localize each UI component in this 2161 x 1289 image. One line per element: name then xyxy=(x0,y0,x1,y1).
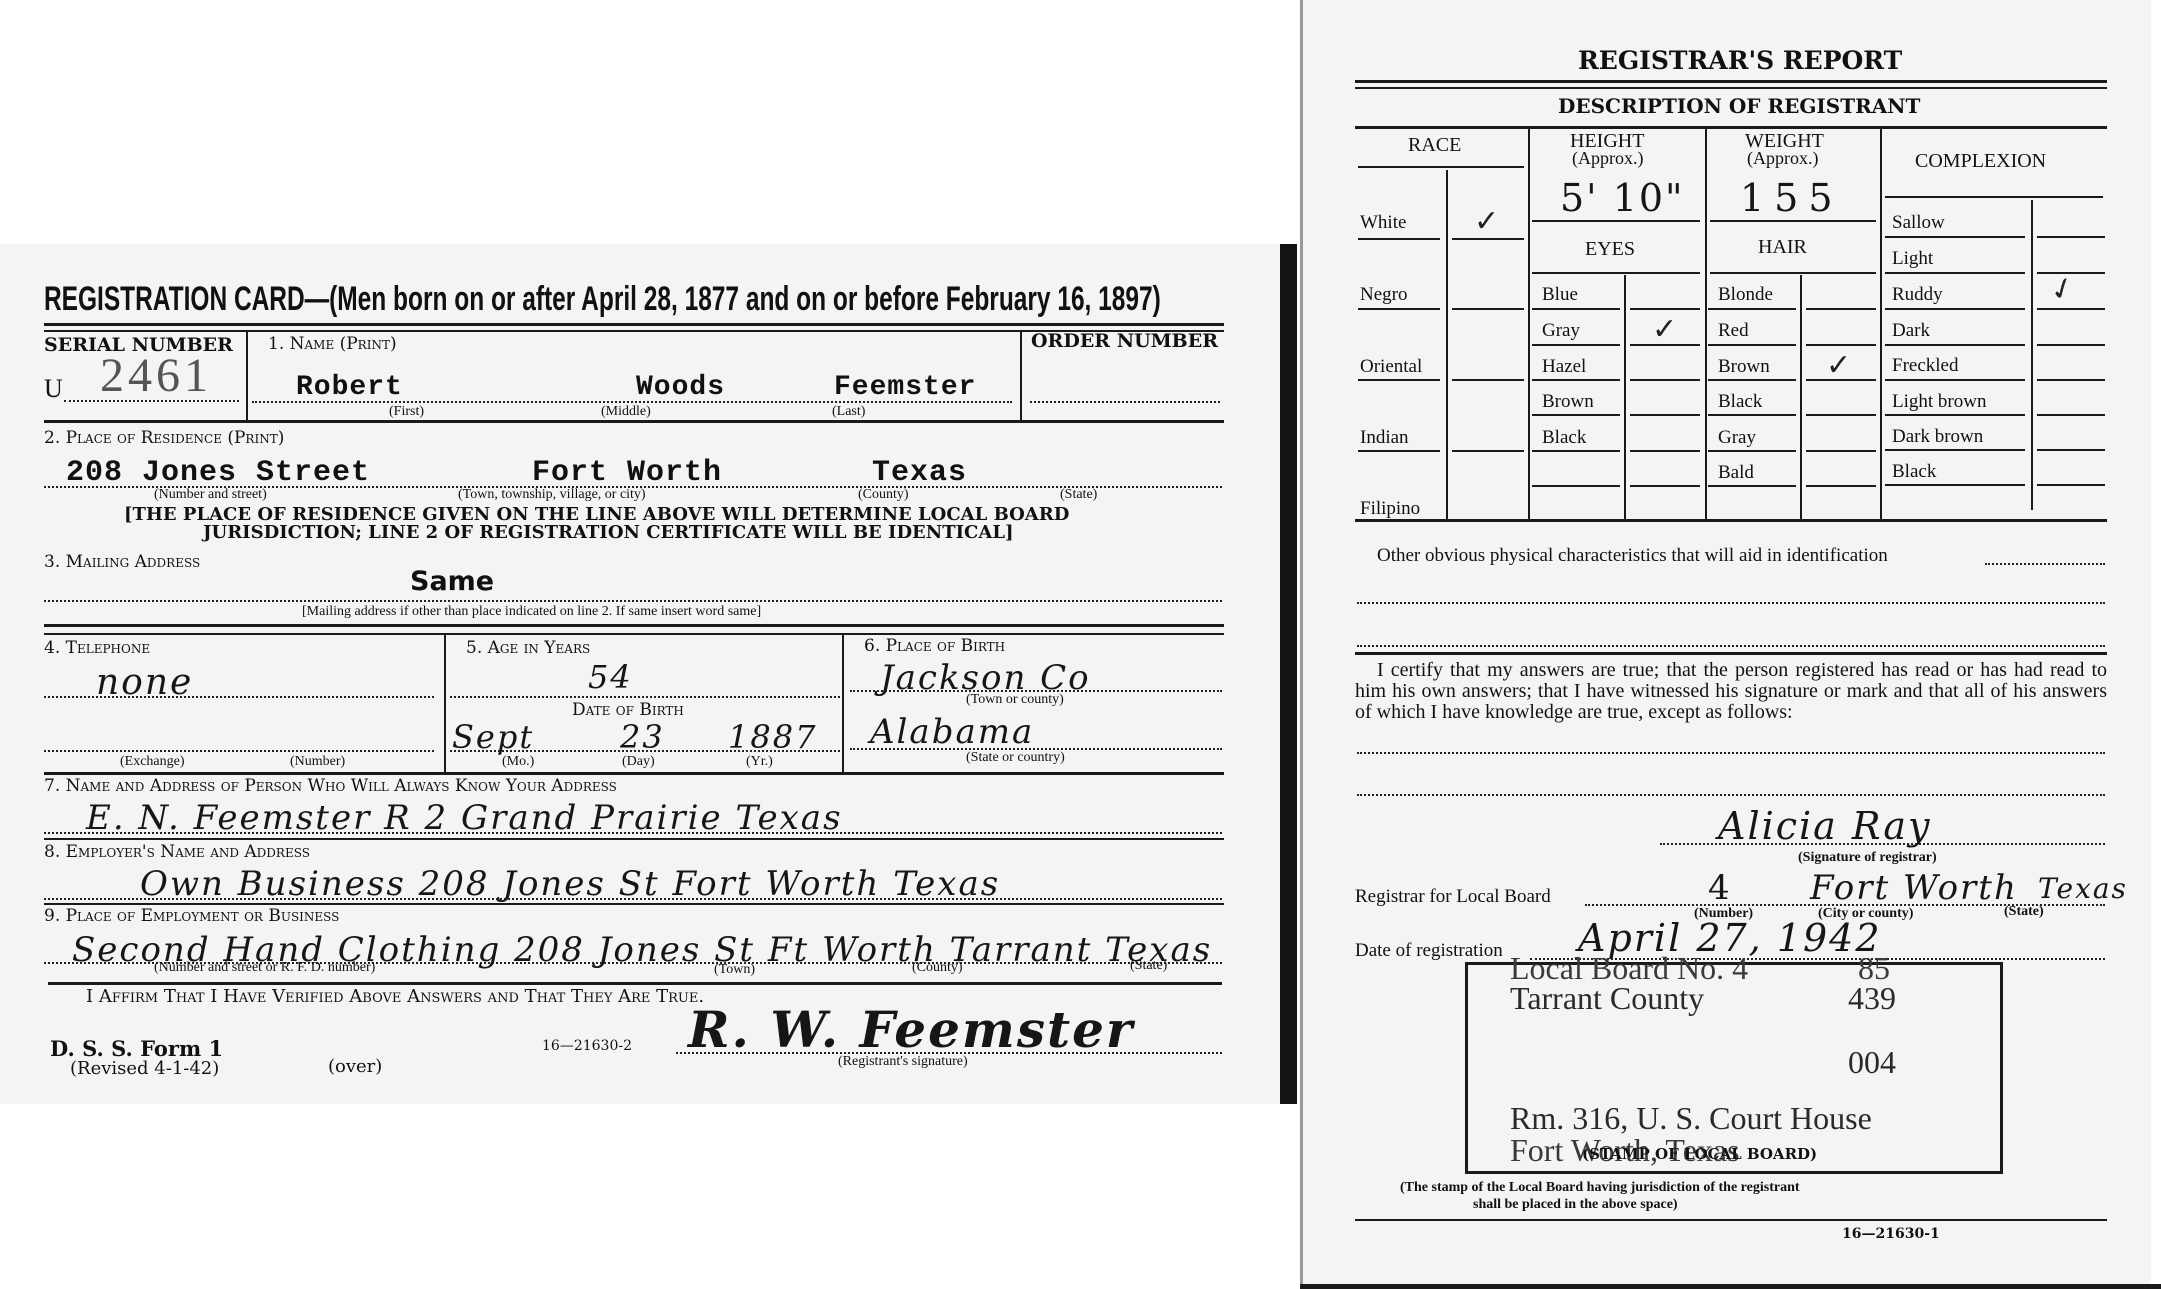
employment-state-caption: (State) xyxy=(1130,958,1167,974)
divider xyxy=(1708,414,1796,416)
middle-caption: (Middle) xyxy=(601,404,651,420)
divider xyxy=(1806,414,1876,416)
hair-brown-check[interactable]: ✓ xyxy=(1826,348,1851,383)
employer-line xyxy=(44,898,1222,900)
over-note: (over) xyxy=(328,1056,382,1077)
complexion-option-ruddy: Ruddy xyxy=(1892,284,1943,306)
last-caption: (Last) xyxy=(832,404,865,420)
divider xyxy=(1885,308,2025,310)
employment-place-label: 9. Place of Employment or Business xyxy=(44,906,339,926)
divider xyxy=(2031,200,2033,510)
eyes-gray-check[interactable]: ✓ xyxy=(1652,312,1677,347)
stamp-note-2: shall be placed in the above space) xyxy=(1473,1197,1678,1213)
jurisdiction-notice-2: JURISDICTION; LINE 2 OF REGISTRATION CER… xyxy=(203,522,1014,543)
stamp-line-2-number: 439 xyxy=(1848,980,1896,1017)
eyes-option-brown: Brown xyxy=(1542,391,1594,413)
other-characteristics-field[interactable] xyxy=(1985,563,2105,565)
first-caption: (First) xyxy=(389,404,424,420)
divider xyxy=(2037,379,2105,381)
divider xyxy=(44,838,1224,840)
divider xyxy=(1355,126,2107,129)
divider xyxy=(44,903,1224,905)
name-first[interactable]: Robert xyxy=(296,372,403,403)
birthplace-state[interactable]: Alabama xyxy=(870,712,1034,752)
age-value[interactable]: 54 xyxy=(588,658,633,696)
divider xyxy=(1624,275,1626,520)
contact-person-label: 7. Name and Address of Person Who Will A… xyxy=(44,776,617,796)
divider xyxy=(1708,344,1796,346)
divider xyxy=(1806,379,1876,381)
report-form-code: 16—21630-1 xyxy=(1842,1226,1940,1242)
local-board-state[interactable]: Texas xyxy=(2038,872,2128,905)
age-line xyxy=(450,696,840,698)
report-title: REGISTRAR'S REPORT xyxy=(1578,46,1902,75)
divider xyxy=(48,982,1222,985)
divider xyxy=(1452,450,1524,452)
age-label: 5. Age in Years xyxy=(466,638,590,658)
divider xyxy=(44,772,1224,775)
other-characteristics-label: Other obvious physical characteristics t… xyxy=(1377,545,1888,567)
race-option-oriental: Oriental xyxy=(1360,356,1422,378)
divider xyxy=(1880,128,1882,520)
certification-text: I certify that my answers are true; that… xyxy=(1355,660,2107,723)
divider xyxy=(1885,196,2103,198)
name-label: 1. Name (Print) xyxy=(268,334,397,354)
divider xyxy=(1358,308,1440,310)
divider xyxy=(1885,414,2025,416)
divider xyxy=(1355,1219,2107,1221)
divider xyxy=(1532,220,1700,222)
divider xyxy=(1358,238,1440,240)
weight-value[interactable]: 155 xyxy=(1740,176,1843,220)
eyes-header: EYES xyxy=(1585,238,1635,261)
exceptions-field[interactable] xyxy=(1357,794,2105,796)
divider xyxy=(1528,128,1530,520)
divider xyxy=(1532,344,1620,346)
divider xyxy=(1452,238,1524,240)
divider xyxy=(1710,220,1876,222)
mailing-address-value[interactable]: Same xyxy=(410,566,494,597)
stamp-caption: (STAMP OF LOCAL BOARD) xyxy=(1582,1145,1817,1163)
complexion-option-dark-brown: Dark brown xyxy=(1892,426,1983,448)
divider xyxy=(1800,275,1802,520)
birthplace-town-caption: (Town or county) xyxy=(966,692,1064,708)
complexion-header: COMPLEXION xyxy=(1915,150,2046,173)
day-caption: (Day) xyxy=(622,754,655,770)
divider xyxy=(1452,379,1524,381)
name-middle[interactable]: Woods xyxy=(636,372,725,403)
race-white-check[interactable]: ✓ xyxy=(1474,204,1499,239)
hair-option-gray: Gray xyxy=(1718,427,1756,449)
divider xyxy=(1355,652,2107,655)
other-characteristics-field[interactable] xyxy=(1357,602,2105,604)
divider xyxy=(1708,379,1796,381)
serial-number-value[interactable]: 2461 xyxy=(100,348,212,403)
state-caption: (State) xyxy=(1060,487,1097,503)
divider xyxy=(44,624,1224,627)
race-option-indian: Indian xyxy=(1360,427,1409,449)
divider xyxy=(2037,236,2105,238)
form-revised: (Revised 4-1-42) xyxy=(70,1058,219,1079)
residence-town[interactable]: Fort Worth xyxy=(532,456,722,490)
divider xyxy=(1708,450,1796,452)
mailing-caption: [Mailing address if other than place ind… xyxy=(302,604,761,620)
telephone-label: 4. Telephone xyxy=(44,638,150,658)
divider xyxy=(246,332,248,422)
complexion-option-light-brown: Light brown xyxy=(1892,391,1986,413)
divider xyxy=(1885,236,2025,238)
race-option-filipino: Filipino xyxy=(1360,498,1420,520)
divider xyxy=(1806,344,1876,346)
card-title: REGISTRATION CARD—(Men born on or after … xyxy=(44,280,1161,319)
card-edge-shadow xyxy=(1280,244,1297,1104)
divider xyxy=(1355,80,2107,83)
race-header: RACE xyxy=(1408,134,1461,157)
number-caption: (Number) xyxy=(290,754,345,770)
residence-street[interactable]: 208 Jones Street xyxy=(66,456,370,490)
divider xyxy=(1630,414,1700,416)
exceptions-field[interactable] xyxy=(1357,752,2105,754)
divider xyxy=(1630,308,1700,310)
divider xyxy=(1885,379,2025,381)
mailing-address-label: 3. Mailing Address xyxy=(44,552,200,572)
hair-header: HAIR xyxy=(1758,236,1807,259)
divider xyxy=(1355,87,2107,89)
telephone-line xyxy=(44,750,434,752)
month-caption: (Mo.) xyxy=(502,754,534,770)
street-caption: (Number and street) xyxy=(154,487,267,503)
hair-option-red: Red xyxy=(1718,320,1749,342)
divider xyxy=(1532,414,1620,416)
name-last[interactable]: Feemster xyxy=(834,372,976,403)
stamp-note-1: (The stamp of the Local Board having jur… xyxy=(1400,1180,1800,1196)
divider xyxy=(1358,166,1524,168)
divider xyxy=(1020,332,1022,422)
divider xyxy=(2037,449,2105,451)
year-caption: (Yr.) xyxy=(746,754,773,770)
contact-line xyxy=(44,832,1222,834)
form-code: 16—21630-2 xyxy=(542,1038,632,1054)
divider xyxy=(1630,485,1700,487)
divider xyxy=(1358,450,1440,452)
complexion-option-black: Black xyxy=(1892,461,1936,483)
divider xyxy=(1708,485,1796,487)
divider xyxy=(1806,450,1876,452)
exchange-caption: (Exchange) xyxy=(120,754,185,770)
divider xyxy=(1806,485,1876,487)
divider xyxy=(1630,379,1700,381)
divider xyxy=(1532,272,1700,274)
divider xyxy=(1358,379,1440,381)
hair-option-blonde: Blonde xyxy=(1718,284,1773,306)
dob-line xyxy=(450,750,840,752)
divider xyxy=(1885,272,2025,274)
divider xyxy=(842,634,844,774)
divider xyxy=(1806,308,1876,310)
mailing-line xyxy=(44,600,1222,602)
divider xyxy=(2037,414,2105,416)
divider xyxy=(1532,450,1620,452)
residence-county[interactable]: Texas xyxy=(872,456,967,490)
divider xyxy=(2037,272,2105,274)
divider xyxy=(1532,485,1620,487)
registrar-signature-line xyxy=(1660,843,2105,845)
eyes-option-blue: Blue xyxy=(1542,284,1578,306)
order-number-label: ORDER NUMBER xyxy=(1031,330,1218,352)
registrar-signature[interactable]: Alicia Ray xyxy=(1718,804,1932,848)
birthplace-state-caption: (State or country) xyxy=(966,750,1065,766)
telephone-line xyxy=(44,696,434,698)
divider xyxy=(1630,450,1700,452)
complexion-option-sallow: Sallow xyxy=(1892,212,1945,234)
race-option-negro: Negro xyxy=(1360,284,1407,306)
employment-county-caption: (County) xyxy=(912,960,963,976)
divider xyxy=(444,634,446,774)
divider xyxy=(1630,344,1700,346)
stamp-line-3-number: 004 xyxy=(1848,1044,1896,1081)
name-line xyxy=(252,401,1012,403)
divider xyxy=(1708,308,1796,310)
divider xyxy=(44,323,1224,326)
divider xyxy=(44,420,1224,423)
local-board-city[interactable]: Fort Worth xyxy=(1810,868,2018,908)
race-option-white: White xyxy=(1360,212,1406,234)
complexion-option-dark: Dark xyxy=(1892,320,1930,342)
hair-option-black: Black xyxy=(1718,391,1762,413)
height-approx: (Approx.) xyxy=(1572,148,1643,169)
divider xyxy=(1452,308,1524,310)
divider xyxy=(2037,308,2105,310)
divider xyxy=(1355,519,2107,522)
divider xyxy=(2037,484,2105,486)
divider xyxy=(2037,344,2105,346)
serial-line xyxy=(64,400,239,402)
divider xyxy=(1532,379,1620,381)
affirmation-text: I Affirm That I Have Verified Above Answ… xyxy=(86,986,704,1007)
divider xyxy=(1446,170,1448,520)
registrant-signature[interactable]: R. W. Feemster xyxy=(688,1000,1134,1059)
divider xyxy=(1885,484,2025,486)
complexion-option-freckled: Freckled xyxy=(1892,355,1958,377)
employer-label: 8. Employer's Name and Address xyxy=(44,842,310,862)
card-edge-shadow xyxy=(1300,1284,2161,1289)
eyes-option-black: Black xyxy=(1542,427,1586,449)
other-characteristics-field[interactable] xyxy=(1357,645,2105,647)
signature-caption: (Registrant's signature) xyxy=(838,1054,968,1070)
town-caption: (Town, township, village, or city) xyxy=(458,487,646,503)
divider xyxy=(1532,308,1620,310)
registrar-signature-caption: (Signature of registrar) xyxy=(1798,850,1937,866)
height-value[interactable]: 5' 10" xyxy=(1560,176,1685,220)
hair-option-brown: Brown xyxy=(1718,356,1770,378)
divider xyxy=(1705,128,1707,520)
local-board-label: Registrar for Local Board xyxy=(1355,886,1551,908)
description-title: DESCRIPTION OF REGISTRANT xyxy=(1558,94,1920,118)
hair-option-bald: Bald xyxy=(1718,462,1754,484)
eyes-option-gray: Gray xyxy=(1542,320,1580,342)
dob-label: Date of Birth xyxy=(572,700,684,720)
stamp-line-2: Tarrant County xyxy=(1510,980,1704,1017)
local-board-number[interactable]: 4 xyxy=(1708,868,1732,908)
weight-approx: (Approx.) xyxy=(1747,148,1818,169)
residence-label: 2. Place of Residence (Print) xyxy=(44,428,284,448)
employment-town-caption: (Town) xyxy=(714,962,755,978)
county-caption: (County) xyxy=(858,487,909,503)
divider xyxy=(1885,449,2025,451)
divider xyxy=(1710,272,1876,274)
divider xyxy=(1885,344,2025,346)
divider xyxy=(44,633,1224,635)
complexion-option-light: Light xyxy=(1892,248,1933,270)
local-board-state-caption: (State) xyxy=(2004,904,2044,920)
employment-street-caption: (Number and street or R. F. D. number) xyxy=(154,960,375,976)
registration-date-label: Date of registration xyxy=(1355,940,1503,962)
birthplace-label: 6. Place of Birth xyxy=(864,636,1005,656)
order-number-field[interactable] xyxy=(1030,401,1220,403)
serial-prefix: U xyxy=(44,374,63,404)
eyes-option-hazel: Hazel xyxy=(1542,356,1586,378)
